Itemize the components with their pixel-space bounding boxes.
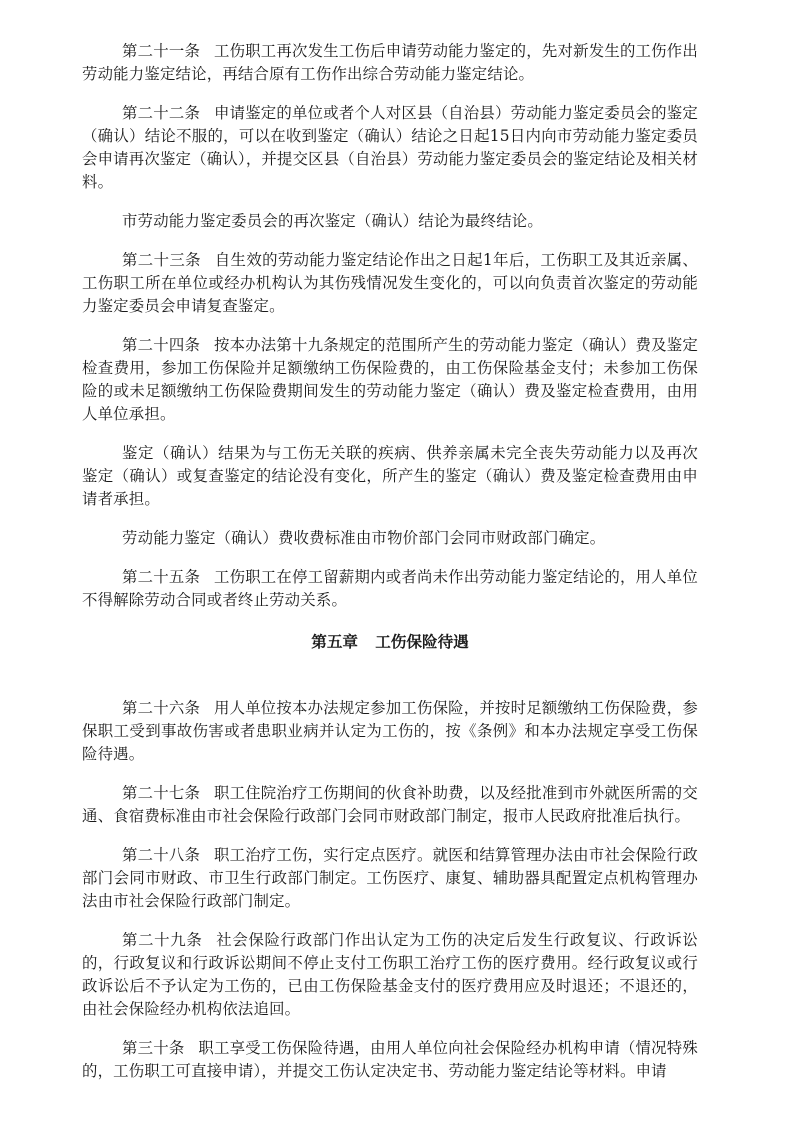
article-number: 第二十八条 (122, 846, 200, 864)
article-24-clause-2: 鉴定（确认）结果为与工伤无关联的疾病、供养亲属未完全丧失劳动能力以及再次鉴定（确… (82, 442, 698, 511)
article-number: 第二十三条 (122, 251, 201, 269)
article-number: 第三十条 (122, 1039, 184, 1057)
chapter-title: 工伤保险待遇 (375, 632, 469, 651)
article-23: 第二十三条自生效的劳动能力鉴定结论作出之日起1年后，工伤职工及其近亲属、工伤职工… (82, 249, 698, 318)
document-page: 第二十一条工伤职工再次发生工伤后申请劳动能力鉴定的，先对新发生的工伤作出劳动能力… (82, 40, 698, 1099)
chapter-heading: 第五章工伤保险待遇 (82, 630, 698, 653)
article-number: 第二十六条 (122, 699, 200, 717)
article-22: 第二十二条申请鉴定的单位或者个人对区县（自治县）劳动能力鉴定委员会的鉴定（确认）… (82, 102, 698, 194)
article-22-clause: 市劳动能力鉴定委员会的再次鉴定（确认）结论为最终结论。 (82, 210, 698, 233)
article-28: 第二十八条职工治疗工伤，实行定点医疗。就医和结算管理办法由市社会保险行政部门会同… (82, 844, 698, 913)
article-number: 第二十二条 (122, 104, 200, 122)
article-number: 第二十九条 (122, 931, 202, 949)
article-27: 第二十七条职工住院治疗工伤期间的伙食补助费，以及经批准到市外就医所需的交通、食宿… (82, 782, 698, 828)
chapter-heading-block: 第五章工伤保险待遇 (82, 630, 698, 653)
article-number: 第二十五条 (122, 568, 200, 586)
article-26: 第二十六条用人单位按本办法规定参加工伤保险，并按时足额缴纳工伤保险费，参保职工受… (82, 697, 698, 766)
paragraph-text: 鉴定（确认）结果为与工伤无关联的疾病、供养亲属未完全丧失劳动能力以及再次鉴定（确… (82, 444, 698, 508)
chapter-number: 第五章 (311, 632, 358, 651)
article-24: 第二十四条按本办法第十九条规定的范围所产生的劳动能力鉴定（确认）费及鉴定检查费用… (82, 334, 698, 426)
article-25: 第二十五条工伤职工在停工留薪期内或者尚未作出劳动能力鉴定结论的，用人单位不得解除… (82, 566, 698, 612)
article-number: 第二十一条 (122, 42, 200, 60)
paragraph-text: 劳动能力鉴定（确认）费收费标准由市物价部门会同市财政部门确定。 (122, 529, 605, 547)
article-number: 第二十七条 (122, 784, 200, 802)
paragraph-text: 市劳动能力鉴定委员会的再次鉴定（确认）结论为最终结论。 (122, 212, 543, 230)
article-21: 第二十一条工伤职工再次发生工伤后申请劳动能力鉴定的，先对新发生的工伤作出劳动能力… (82, 40, 698, 86)
article-number: 第二十四条 (122, 336, 200, 354)
article-24-clause-3: 劳动能力鉴定（确认）费收费标准由市物价部门会同市财政部门确定。 (82, 527, 698, 550)
article-29: 第二十九条社会保险行政部门作出认定为工伤的决定后发生行政复议、行政诉讼的，行政复… (82, 929, 698, 1021)
article-30: 第三十条职工享受工伤保险待遇，由用人单位向社会保险经办机构申请（情况特殊的，工伤… (82, 1037, 698, 1083)
